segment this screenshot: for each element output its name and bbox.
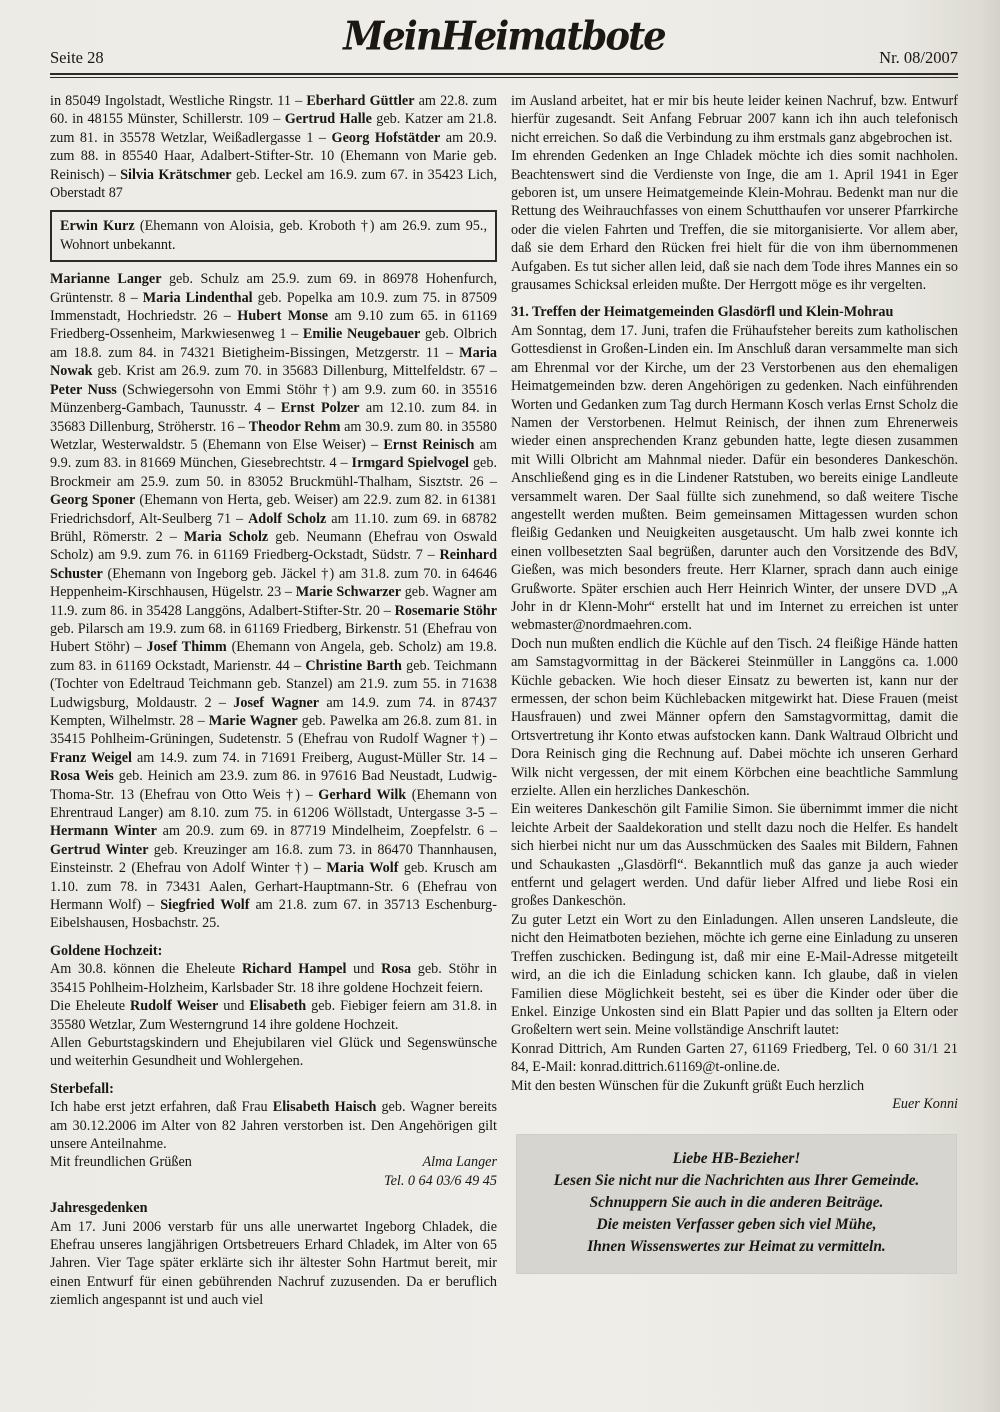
left-column: in 85049 Ingolstadt, Westliche Ringstr. … (50, 92, 497, 1310)
right-column: im Ausland arbeitet, hat er mir bis heut… (511, 92, 958, 1310)
section-heading-golden-wedding: Goldene Hochzeit: (50, 942, 497, 960)
section-heading-memorial: Jahresgedenken (50, 1199, 497, 1217)
signature-konni: Euer Konni (511, 1095, 958, 1113)
columns: in 85049 Ingolstadt, Westliche Ringstr. … (50, 92, 958, 1310)
info-box-line: Lesen Sie nicht nur die Nachrichten aus … (531, 1170, 942, 1192)
closing-greeting: Mit freundlichen Grüßen (50, 1153, 192, 1171)
birthday-list-continued: in 85049 Ingolstadt, Westliche Ringstr. … (50, 92, 497, 202)
kuechle-paragraph: Doch nun mußten endlich die Küchle auf d… (511, 635, 958, 801)
death-notice-text: Erwin Kurz (Ehemann von Aloisia, geb. Kr… (60, 217, 487, 254)
thanks-paragraph: Ein weiteres Dankeschön gilt Familie Sim… (511, 800, 958, 910)
signature-phone: Tel. 0 64 03/6 49 45 (50, 1172, 497, 1190)
signature-name: Alma Langer (423, 1153, 497, 1171)
golden-wedding-paragraph: Am 30.8. können die Eheleute Richard Ham… (50, 960, 497, 997)
memorial-paragraph-continued: im Ausland arbeitet, hat er mir bis heut… (511, 92, 958, 147)
memorial-tribute-paragraph: Im ehrenden Gedenken an Inge Chladek möc… (511, 147, 958, 294)
info-box-line: Die meisten Verfasser geben sich viel Mü… (531, 1214, 942, 1236)
birthday-list-main: Marianne Langer geb. Schulz am 25.9. zum… (50, 270, 497, 933)
congratulations-paragraph: Allen Geburtstagskindern und Ehejubilare… (50, 1034, 497, 1071)
treffen-report-paragraph: Am Sonntag, dem 17. Juni, trafen die Frü… (511, 322, 958, 635)
signature-row: Mit freundlichen Grüßen Alma Langer (50, 1153, 497, 1171)
info-box-line: Liebe HB-Bezieher! (531, 1148, 942, 1170)
issue-number: Nr. 08/2007 (879, 48, 958, 68)
memorial-paragraph: Am 17. Juni 2006 verstarb für uns alle u… (50, 1218, 497, 1310)
info-box-line: Ihnen Wissenswertes zur Heimat zu vermit… (531, 1236, 942, 1258)
reader-info-box: Liebe HB-Bezieher! Lesen Sie nicht nur d… (517, 1135, 956, 1273)
contact-address-paragraph: Konrad Dittrich, Am Runden Garten 27, 61… (511, 1040, 958, 1077)
death-paragraph: Ich habe erst jetzt erfahren, daß Frau E… (50, 1098, 497, 1153)
section-heading-treffen: 31. Treffen der Heimatgemeinden Glasdörf… (511, 303, 958, 321)
invitation-paragraph: Zu guter Letzt ein Wort zu den Einladung… (511, 911, 958, 1040)
golden-wedding-paragraph: Die Eheleute Rudolf Weiser und Elisabeth… (50, 997, 497, 1034)
closing-wishes: Mit den besten Wünschen für die Zukunft … (511, 1077, 958, 1095)
section-heading-death: Sterbefall: (50, 1080, 497, 1098)
info-box-line: Schnuppern Sie auch in die anderen Beitr… (531, 1192, 942, 1214)
newspaper-page: Seite 28 MeinHeimatbote Nr. 08/2007 in 8… (0, 0, 1000, 1412)
death-notice-box: Erwin Kurz (Ehemann von Aloisia, geb. Kr… (50, 210, 497, 262)
header-rule (50, 73, 958, 78)
page-header: Seite 28 MeinHeimatbote Nr. 08/2007 (50, 18, 958, 70)
masthead-logo: MeinHeimatbote (50, 13, 958, 59)
